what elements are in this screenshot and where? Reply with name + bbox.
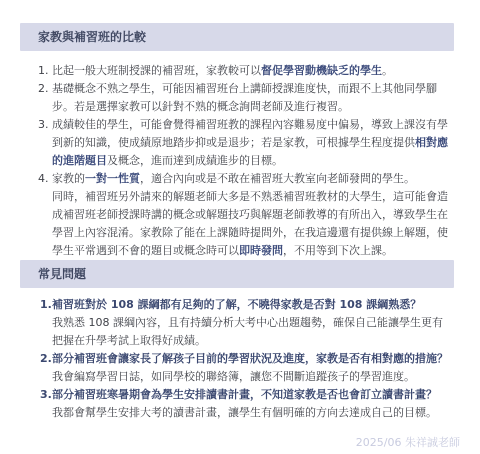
list-item-number: 2. — [38, 80, 52, 98]
faq-item: 2.部分補習班會讓家長了解孩子目前的學習狀況及進度，家教是否有相對應的措施？我會… — [40, 350, 448, 386]
list-item: 3.成績較佳的學生，可能會覺得補習班教的課程內容難易度中偏易，導致上課沒有學到新… — [38, 116, 448, 170]
comparison-list: 1.比起一般大班制授課的補習班，家教較可以督促學習動機缺乏的學生。2.基礎概念不… — [38, 62, 448, 260]
paragraph: 家教的一對一性質，適合內向或是不敢在補習班大教室向老師發問的學生。 — [52, 170, 448, 188]
faq-item-number: 3. — [40, 386, 52, 404]
paragraph: 比起一般大班制授課的補習班，家教較可以督促學習動機缺乏的學生。 — [52, 62, 448, 80]
faq-section-header: 常見問題 — [20, 260, 454, 288]
list-item: 4.家教的一對一性質，適合內向或是不敢在補習班大教室向老師發問的學生。同時，補習… — [38, 170, 448, 260]
faq-answer: 我都會幫學生安排大考的讀書計畫，讓學生有個明確的方向去達成自己的目標。 — [52, 404, 448, 422]
body-text: 比起一般大班制授課的補習班，家教較可以 — [52, 64, 261, 77]
list-item: 1.比起一般大班制授課的補習班，家教較可以督促學習動機缺乏的學生。 — [38, 62, 448, 80]
body-text: 成績較佳的學生，可能會覺得補習班教的課程內容難易度中偏易，導致上課沒有學到新的知… — [52, 118, 448, 149]
list-item-number: 4. — [38, 170, 52, 188]
list-item-number: 1. — [38, 62, 52, 80]
paragraph: 基礎概念不熟之學生，可能因補習班台上講師授課進度快，而跟不上其他同學腳步。若是選… — [52, 80, 448, 116]
body-text: ，不用等到下次上課。 — [283, 244, 393, 257]
comparison-section-title: 家教與補習班的比較 — [38, 30, 146, 44]
highlighted-text: 一對一性質 — [85, 172, 140, 185]
list-item-content: 比起一般大班制授課的補習班，家教較可以督促學習動機缺乏的學生。 — [52, 62, 448, 80]
list-item-number: 3. — [38, 116, 52, 134]
list-item-content: 家教的一對一性質，適合內向或是不敢在補習班大教室向老師發問的學生。同時，補習班另… — [52, 170, 448, 260]
body-text: 及概念，進而達到成績進步的目標。 — [107, 154, 283, 167]
faq-item-content: 部分補習班寒暑期會為學生安排讀書計畫，不知道家教是否也會訂立讀書計畫？我都會幫學… — [52, 386, 448, 422]
faq-answer: 我會編寫學習日誌，如同學校的聯絡簿，讓您不間斷追蹤孩子的學習進度。 — [52, 368, 448, 386]
faq-answer: 我熟悉 108 課綱內容，且有持續分析大考中心出題趨勢，確保自己能讓學生更有把握… — [52, 314, 448, 350]
list-item-content: 基礎概念不熟之學生，可能因補習班台上講師授課進度快，而跟不上其他同學腳步。若是選… — [52, 80, 448, 116]
faq-item-content: 部分補習班會讓家長了解孩子目前的學習狀況及進度，家教是否有相對應的措施？我會編寫… — [52, 350, 448, 386]
faq-item-content: 補習班對於 108 課綱都有足夠的了解，不曉得家教是否對 108 課綱熟悉？我熟… — [52, 296, 448, 350]
faq-item: 1.補習班對於 108 課綱都有足夠的了解，不曉得家教是否對 108 課綱熟悉？… — [40, 296, 448, 350]
comparison-section-header: 家教與補習班的比較 — [20, 23, 454, 51]
page: { "colors": { "page_bg": "#ffffff", "hea… — [0, 0, 480, 454]
body-text: 。 — [382, 64, 393, 77]
highlighted-text: 即時發問 — [239, 244, 283, 257]
faq-item-number: 1. — [40, 296, 52, 314]
faq-section-title: 常見問題 — [38, 267, 86, 281]
faq-list: 1.補習班對於 108 課綱都有足夠的了解，不曉得家教是否對 108 課綱熟悉？… — [40, 296, 448, 422]
body-text: 基礎概念不熟之學生，可能因補習班台上講師授課進度快，而跟不上其他同學腳步。若是選… — [52, 82, 437, 113]
list-item-content: 成績較佳的學生，可能會覺得補習班教的課程內容難易度中偏易，導致上課沒有學到新的知… — [52, 116, 448, 170]
paragraph: 同時，補習班另外請來的解題老師大多是不熟悉補習班教材的大學生，這可能會造成補習班… — [52, 188, 448, 260]
body-text: 家教的 — [52, 172, 85, 185]
list-item: 2.基礎概念不熟之學生，可能因補習班台上講師授課進度快，而跟不上其他同學腳步。若… — [38, 80, 448, 116]
body-text: ，適合內向或是不敢在補習班大教室向老師發問的學生。 — [140, 172, 415, 185]
faq-question: 補習班對於 108 課綱都有足夠的了解，不曉得家教是否對 108 課綱熟悉？ — [52, 296, 448, 314]
faq-question: 部分補習班寒暑期會為學生安排讀書計畫，不知道家教是否也會訂立讀書計畫？ — [52, 386, 448, 404]
faq-question: 部分補習班會讓家長了解孩子目前的學習狀況及進度，家教是否有相對應的措施？ — [52, 350, 448, 368]
faq-item-number: 2. — [40, 350, 52, 368]
highlighted-text: 督促學習動機缺乏的學生 — [261, 64, 382, 77]
paragraph: 成績較佳的學生，可能會覺得補習班教的課程內容難易度中偏易，導致上課沒有學到新的知… — [52, 116, 448, 170]
footer-credit: 2025/06 朱祥誠老師 — [0, 436, 460, 450]
faq-item: 3.部分補習班寒暑期會為學生安排讀書計畫，不知道家教是否也會訂立讀書計畫？我都會… — [40, 386, 448, 422]
